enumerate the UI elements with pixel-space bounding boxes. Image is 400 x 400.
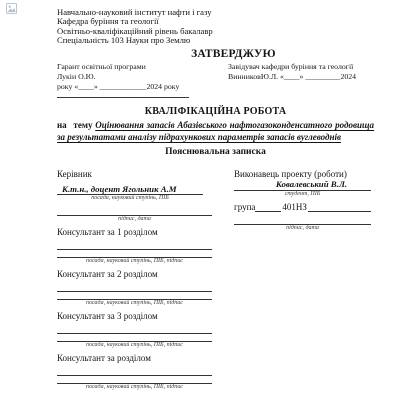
blank-line	[57, 282, 212, 292]
consultant-block-3: Консультант за 3 розділом посада, науков…	[57, 311, 217, 349]
group-label: група	[234, 202, 255, 212]
head-name-date-line: ВинниковЮ.Л. «____» _________2024	[228, 72, 374, 82]
consultant-label: Консультант за 2 розділом	[57, 269, 217, 279]
group-row: група 401НЗ	[234, 202, 371, 212]
specialty-line: Спеціальність 103 Науки про Землю	[57, 36, 374, 45]
blank-line	[308, 203, 371, 212]
consultant-block-2: Консультант за 2 розділом посада, науков…	[57, 269, 217, 307]
consultant-caption: посада, науковий ступінь, ПІБ, підпис	[57, 384, 212, 391]
blank-line	[57, 240, 212, 250]
consultant-block-4: Консультант за розділом посада, науковий…	[57, 353, 217, 391]
blank-line	[57, 366, 212, 376]
institute-header: Навчально-науковий інститут нафти і газу…	[57, 8, 374, 46]
supervisor-column: Керівник К.т.н., доцент Ягольник А.М пос…	[57, 169, 217, 391]
blank-line	[57, 324, 212, 334]
theme-paragraph: на тему Оцінювання запасів Абазівського …	[57, 120, 374, 143]
guarantor-date-line: року «____» ____________2024 року	[57, 82, 225, 92]
group-value: 401НЗ	[281, 202, 308, 212]
approve-right-block: Завідувач кафедри буріння та геології Ви…	[228, 62, 374, 99]
blank-line	[57, 334, 212, 342]
broken-image-icon	[6, 3, 17, 14]
blank-line	[57, 292, 212, 300]
supervisor-label: Керівник	[57, 169, 217, 179]
executor-caption: студент, ПІБ	[234, 191, 371, 198]
program-guarantor-label: Гарант освітньої програми	[57, 62, 225, 72]
consultant-block-1: Консультант за 1 розділом посада, науков…	[57, 227, 217, 265]
work-title: КВАЛІФІКАЦІЙНА РОБОТА	[57, 106, 374, 117]
blank-line	[57, 250, 212, 258]
approve-left-block: Гарант освітньої програми Лукін О.Ю. рок…	[57, 62, 225, 99]
consultant-caption: посада, науковий ступінь, ПІБ, підпис	[57, 300, 212, 307]
blank-line	[57, 376, 212, 384]
theme-text: Оцінювання запасів Абазівського нафтогаз…	[57, 120, 374, 141]
executor-name: Ковалевський В.Л.	[234, 180, 371, 191]
approve-title: ЗАТВЕРДЖУЮ	[75, 48, 392, 61]
head-of-department-label: Завідувач кафедри буріння та геології	[228, 62, 374, 72]
consultant-caption: посада, науковий ступінь, ПІБ, підпис	[57, 342, 212, 349]
executor-column: Виконавець проекту (роботи) Ковалевський…	[234, 169, 374, 391]
explanatory-note-subtitle: Пояснювальна записка	[57, 147, 374, 158]
signature-columns: Керівник К.т.н., доцент Ягольник А.М пос…	[57, 169, 374, 391]
document-page: Навчально-науковий інститут нафти і газу…	[0, 0, 400, 400]
supervisor-sign-caption: підпис, дата	[57, 216, 212, 223]
executor-signature-line	[234, 217, 371, 225]
consultant-label: Консультант за розділом	[57, 353, 217, 363]
blank-line	[57, 95, 189, 98]
consultant-caption: посада, науковий ступінь, ПІБ, підпис	[57, 258, 212, 265]
executor-label: Виконавець проекту (роботи)	[234, 169, 374, 179]
page-content: Навчально-науковий інститут нафти і газу…	[57, 8, 374, 391]
supervisor-signature-line	[57, 208, 212, 216]
blank-line	[255, 203, 281, 212]
guarantor-name: Лукін О.Ю.	[57, 72, 225, 82]
supervisor-name: К.т.н., доцент Ягольник А.М	[57, 184, 203, 195]
supervisor-caption: посада, науковий ступінь, ПІБ	[57, 195, 203, 202]
consultant-label: Консультант за 1 розділом	[57, 227, 217, 237]
approve-columns: Гарант освітньої програми Лукін О.Ю. рок…	[57, 62, 374, 99]
consultant-label: Консультант за 3 розділом	[57, 311, 217, 321]
theme-prefix: на тему	[57, 120, 92, 130]
executor-sign-caption: підпис, дата	[234, 225, 371, 232]
